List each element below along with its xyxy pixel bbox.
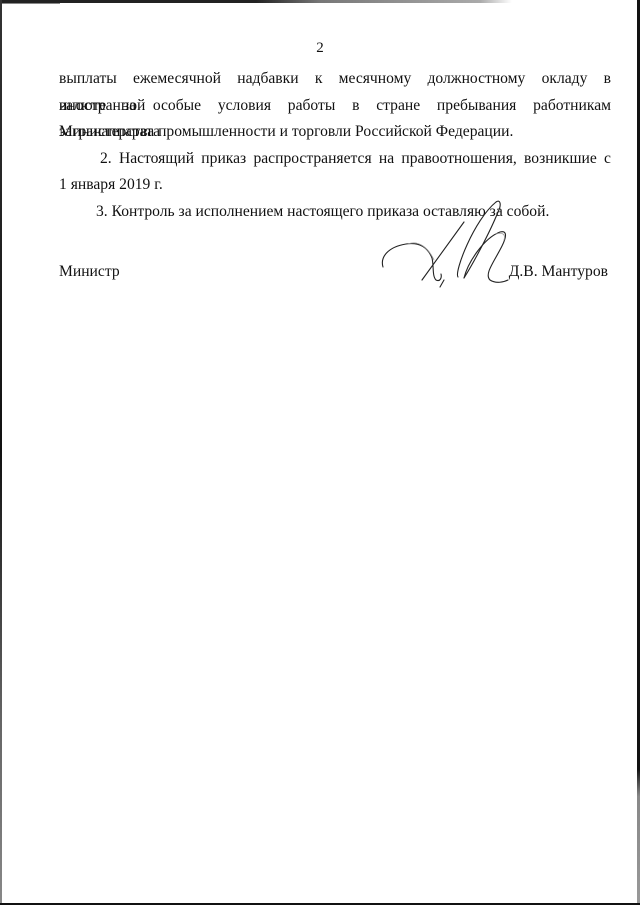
item-2-word: правоотношения,: [401, 146, 516, 173]
scan-edge-top: [0, 0, 640, 3]
paragraph-2-line-1: 2. Настоящий приказ распространяется на …: [59, 146, 611, 173]
item-2-word: с: [604, 146, 611, 173]
item-2-word: возникшие: [524, 146, 597, 173]
paragraph-1-line-2: валюте за особые условия работы в стране…: [59, 93, 611, 120]
paragraph-2-line-2: 1 января 2019 г.: [59, 172, 611, 199]
document-page: 2 выплаты ежемесячной надбавки к месячно…: [0, 0, 640, 905]
signature-icon: [378, 192, 528, 292]
position-title: Министр: [59, 259, 120, 285]
paragraph-1-line-1: выплаты ежемесячной надбавки к месячному…: [59, 66, 611, 93]
item-2-word: Настоящий: [119, 146, 194, 173]
item-2-number: 2.: [100, 146, 112, 173]
scan-edge-top-mark: [0, 3, 60, 4]
item-2-word: приказ: [201, 146, 246, 173]
scan-edge-left: [0, 0, 2, 905]
item-2-word: на: [379, 146, 394, 173]
paragraph-1-line-3: Министерства промышленности и торговли Р…: [59, 119, 611, 146]
page-number: 2: [0, 39, 640, 57]
paragraph-3: 3. Контроль за исполнением настоящего пр…: [59, 199, 611, 226]
item-2-word: распространяется: [253, 146, 371, 173]
signature-block: Министр Д.В. Мантуров: [59, 259, 611, 285]
document-body: выплаты ежемесячной надбавки к месячному…: [59, 66, 611, 225]
